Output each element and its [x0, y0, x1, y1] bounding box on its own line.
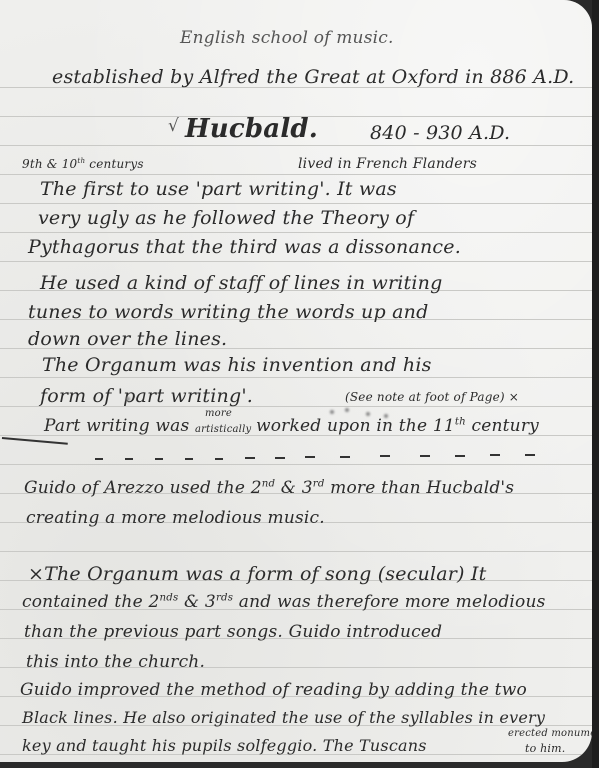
- ink-smudge: [366, 412, 370, 416]
- paragraph-5-line: Guido improved the method of reading by …: [20, 680, 527, 700]
- ink-smudge: [330, 410, 334, 414]
- dash: [215, 458, 223, 460]
- dash: [125, 458, 133, 460]
- ruled-line: [0, 232, 592, 233]
- page-edge-shadow: [592, 0, 599, 768]
- ruled-line: [0, 261, 592, 262]
- paragraph-1-line: Pythagorus that the third was a dissonan…: [28, 236, 461, 258]
- era-note: 9th & 10th centurys: [22, 156, 144, 171]
- footnote-line-3: than the previous part songs. Guido intr…: [24, 622, 442, 642]
- ink-smudge: [384, 414, 388, 418]
- paragraph-3-line-3a: Part writing was: [44, 416, 189, 436]
- paragraph-4-line-2: creating a more melodious music.: [26, 508, 325, 528]
- last-line-below: to him.: [525, 742, 565, 755]
- footnote-line-2: contained the 2nds & 3rds and was theref…: [22, 592, 546, 612]
- paragraph-2-line: He used a kind of staff of lines in writ…: [40, 272, 442, 294]
- dash: [455, 455, 465, 457]
- dash: [420, 455, 430, 457]
- last-line: key and taught his pupils solfeggio. The…: [22, 736, 427, 755]
- dash: [525, 454, 535, 456]
- ruled-line: [0, 174, 592, 175]
- dash: [95, 458, 103, 460]
- ink-smudge: [126, 397, 130, 401]
- footnote-line-4: this into the church.: [26, 652, 205, 672]
- paragraph-1-line: very ugly as he followed the Theory of: [38, 207, 414, 229]
- insertion-below: artistically: [195, 424, 251, 435]
- dash: [155, 458, 163, 460]
- separator-stroke: [2, 437, 68, 444]
- insertion-above: more: [205, 408, 232, 419]
- dash: [245, 457, 255, 459]
- paragraph-3-line-2: form of 'part writing'.: [40, 385, 253, 407]
- dash: [275, 457, 285, 459]
- ruled-line: [0, 464, 592, 465]
- footnote-reference: (See note at foot of Page) ×: [345, 390, 519, 404]
- last-line-above: erected monuments: [508, 728, 592, 739]
- check-mark-icon: √: [168, 116, 179, 136]
- dash: [305, 456, 315, 458]
- paragraph-2-line: tunes to words writing the words up and: [28, 301, 428, 323]
- dash: [185, 458, 193, 460]
- dash: [340, 456, 350, 458]
- subject-dates: 840 - 930 A.D.: [370, 122, 510, 144]
- paragraph-2-line: down over the lines.: [28, 328, 227, 350]
- ruled-line: [0, 145, 592, 146]
- dash: [380, 455, 390, 457]
- paragraph-5-line: Black lines. He also originated the use …: [22, 708, 545, 727]
- footnote-line-1: ×The Organum was a form of song (secular…: [28, 563, 486, 585]
- ruled-line: [0, 551, 592, 552]
- location-note: lived in French Flanders: [298, 156, 477, 172]
- subject-name: Hucbald.: [185, 114, 318, 144]
- ink-smudge: [345, 408, 349, 412]
- paragraph-3-line-3b: worked upon in the 11th century: [256, 416, 539, 436]
- paragraph-3-line-1: The Organum was his invention and his: [42, 354, 432, 376]
- paragraph-1-line: The first to use 'part writing'. It was: [40, 178, 397, 200]
- heading-line-1: English school of music.: [180, 28, 394, 48]
- heading-line-2: established by Alfred the Great at Oxfor…: [52, 66, 574, 88]
- ruled-line: [0, 203, 592, 204]
- dash: [490, 454, 500, 456]
- ruled-line: [0, 377, 592, 378]
- notebook-page: English school of music. established by …: [0, 0, 592, 762]
- paragraph-4-line-1: Guido of Arezzo used the 2nd & 3rd more …: [24, 478, 514, 498]
